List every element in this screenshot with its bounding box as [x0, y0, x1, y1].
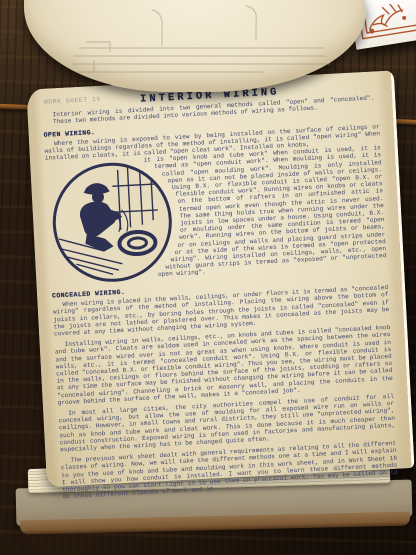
flipped-page-ghost-diagram [24, 0, 366, 92]
page-content: WORK SHEET 15 INTERIOR WIRING Interior w… [42, 81, 398, 480]
flipped-page [24, 0, 366, 92]
worksheet-page: WORK SHEET 15 INTERIOR WIRING Interior w… [26, 70, 414, 487]
concealed-paragraph-2: Installing wiring in walls, ceilings, et… [54, 324, 393, 406]
electrician-vignette-icon [47, 157, 177, 287]
photo-of-workbook-on-table: WORK SHEET 15 INTERIOR WIRING Interior w… [0, 0, 416, 555]
